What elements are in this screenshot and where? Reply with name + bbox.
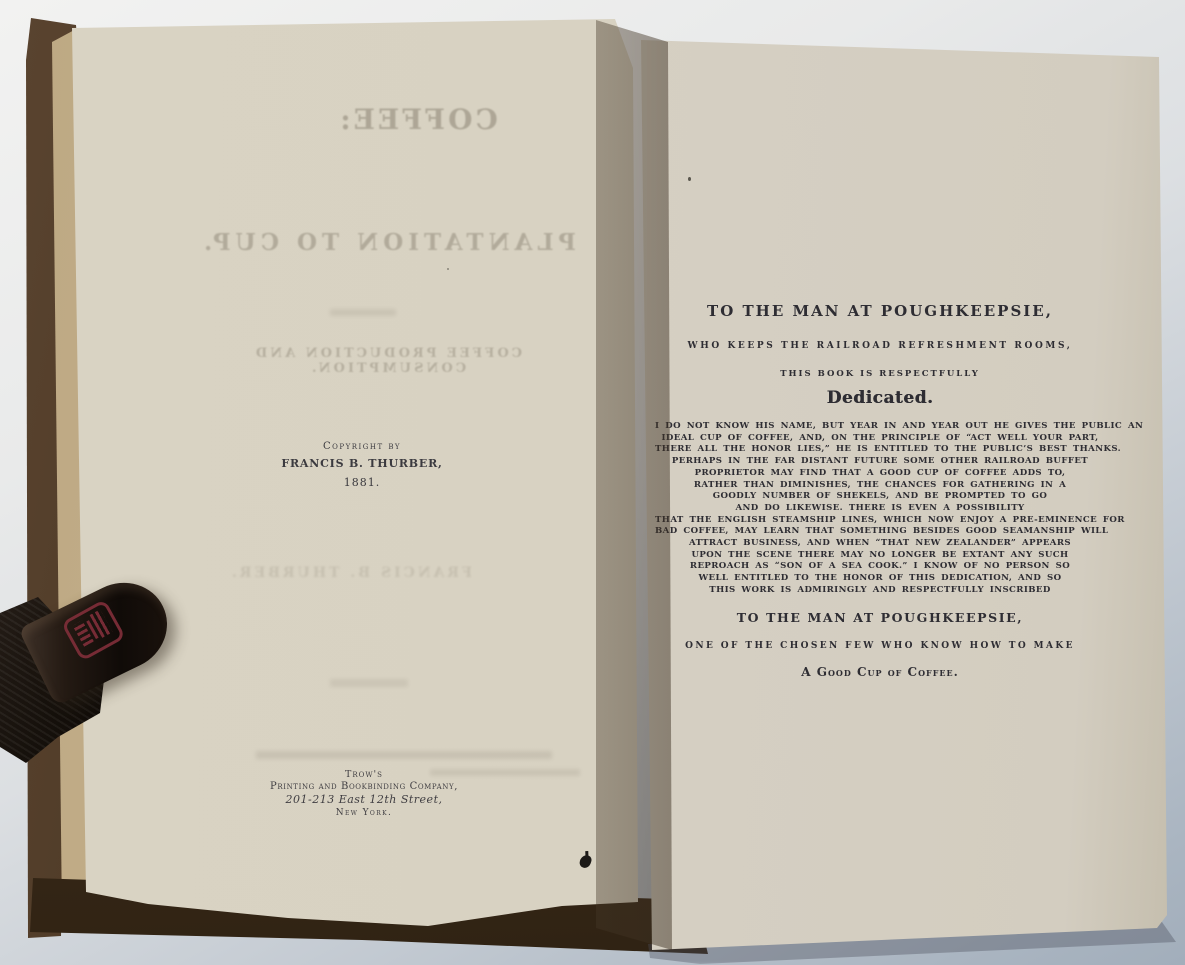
dedication-body-line: REPROACH AS “SON OF A SEA COOK.” I KNOW …: [655, 561, 1105, 573]
show-through-smudge: [330, 679, 408, 687]
show-through-title: COFFEE:: [315, 103, 520, 136]
dedication-closing-line: ONE OF THE CHOSEN FEW WHO KNOW HOW TO MA…: [655, 641, 1105, 651]
dedication-subheading: WHO KEEPS THE RAILROAD REFRESHMENT ROOMS…: [655, 341, 1105, 351]
dedication-closing-heading: TO THE MAN AT POUGHKEEPSIE,: [655, 610, 1105, 625]
show-through-smudge: [256, 751, 552, 759]
dedication-body-line: I DO NOT KNOW HIS NAME, BUT YEAR IN AND …: [655, 421, 1105, 433]
dedication-body: I DO NOT KNOW HIS NAME, BUT YEAR IN AND …: [655, 421, 1105, 597]
dedication-body-line: THIS WORK IS ADMIRINGLY AND RESPECTFULLY…: [655, 585, 1105, 597]
copyright-block: Copyright by FRANCIS B. THURBER, 1881.: [250, 441, 474, 489]
printer-company-line: Printing and Bookbinding Company,: [232, 781, 496, 792]
dedication-body-line: RATHER THAN DIMINISHES, THE CHANCES FOR …: [655, 480, 1105, 492]
book-photo-scene: COFFEE: PLANTATION TO CUP. COFFEE PRODUC…: [0, 0, 1185, 965]
dedication-respectfully-line: THIS BOOK IS RESPECTFULLY: [655, 369, 1105, 379]
ink-blot-mark: [578, 854, 592, 870]
show-through-series-line: COFFEE PRODUCTION AND CONSUMPTION.: [210, 346, 565, 376]
printer-name-line: Trow's: [232, 769, 496, 780]
paper-speck: [688, 177, 691, 181]
red-seal-glyph: [86, 620, 98, 639]
show-through-subtitle: PLANTATION TO CUP.: [195, 229, 580, 256]
dedication-body-line: PERHAPS IN THE FAR DISTANT FUTURE SOME O…: [655, 456, 1105, 468]
dedication-body-line: WELL ENTITLED TO THE HONOR OF THIS DEDIC…: [655, 573, 1105, 585]
dedicated-word: Dedicated.: [655, 388, 1105, 408]
dedication-heading: TO THE MAN AT POUGHKEEPSIE,: [655, 302, 1105, 320]
dedication-page-text: TO THE MAN AT POUGHKEEPSIE, WHO KEEPS TH…: [655, 302, 1105, 679]
printer-city-line: New York.: [232, 808, 496, 818]
dedication-body-line: GOODLY NUMBER OF SHEKELS, AND BE PROMPTE…: [655, 491, 1105, 503]
paper-speck: [447, 268, 449, 270]
copyright-holder-line: FRANCIS B. THURBER,: [250, 457, 474, 470]
dedication-body-line: IDEAL CUP OF COFFEE, AND, ON THE PRINCIP…: [655, 433, 1105, 445]
show-through-author-line: FRANCIS B. THURBER.: [218, 565, 483, 581]
dedication-body-line: UPON THE SCENE THERE MAY NO LONGER BE EX…: [655, 550, 1105, 562]
dedication-body-line: BAD COFFEE, MAY LEARN THAT SOMETHING BES…: [655, 526, 1105, 538]
dedication-body-line: THERE ALL THE HONOR LIES,” HE IS ENTITLE…: [655, 444, 1105, 456]
red-seal-imprint: [61, 599, 126, 662]
printer-imprint-block: Trow's Printing and Bookbinding Company,…: [232, 769, 496, 818]
copyright-by-line: Copyright by: [250, 441, 474, 452]
dedication-body-line: ATTRACT BUSINESS, AND WHEN “THAT NEW ZEA…: [655, 538, 1105, 550]
copyright-year-line: 1881.: [250, 476, 474, 489]
dedication-body-line: THAT THE ENGLISH STEAMSHIP LINES, WHICH …: [655, 515, 1105, 527]
show-through-smudge: [330, 309, 396, 316]
dedication-body-line: AND DO LIKEWISE. THERE IS EVEN A POSSIBI…: [655, 503, 1105, 515]
printer-street-line: 201-213 East 12th Street,: [232, 793, 496, 806]
dedication-closing-coffee-line: A Good Cup of Coffee.: [655, 665, 1105, 679]
dedication-body-line: PROPRIETOR MAY FIND THAT A GOOD CUP OF C…: [655, 468, 1105, 480]
